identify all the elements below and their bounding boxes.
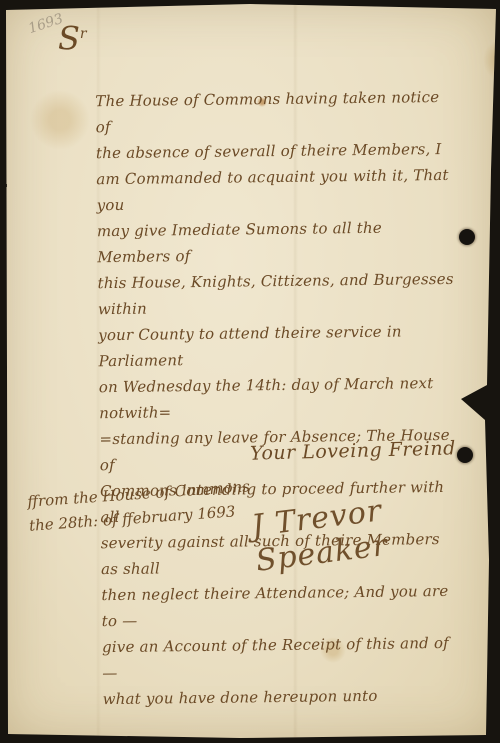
letter-line: on Wednesday the 14th: day of March next…: [99, 370, 460, 426]
letter-line: am Commanded to acquaint you with it, Th…: [96, 162, 457, 218]
letter-line: give an Account of the Receipt of this a…: [102, 630, 463, 686]
salutation: Sr: [58, 18, 87, 55]
letter-line: what you have done hereupon unto: [103, 682, 463, 712]
filing-hole: [457, 447, 473, 463]
photo-background: 1693 Sr The House of Commons having take…: [0, 0, 500, 743]
letter-body: The House of Commons having taken notice…: [95, 84, 463, 712]
letter-paper: 1693 Sr The House of Commons having take…: [0, 0, 500, 743]
salutation-letter: S: [58, 20, 80, 58]
letter-line: may give Imediate Sumons to all the Memb…: [97, 214, 458, 270]
filing-hole: [459, 229, 475, 245]
salutation-superscript: r: [80, 26, 87, 42]
letter-line: The House of Commons having taken notice…: [95, 84, 456, 140]
paper-edge-mark: [0, 184, 7, 187]
letter-line: then neglect theire Attendance; And you …: [101, 578, 462, 634]
letter-line: your County to attend theire service in …: [98, 318, 459, 374]
letter-line: this House, Knights, Cittizens, and Burg…: [97, 266, 458, 322]
